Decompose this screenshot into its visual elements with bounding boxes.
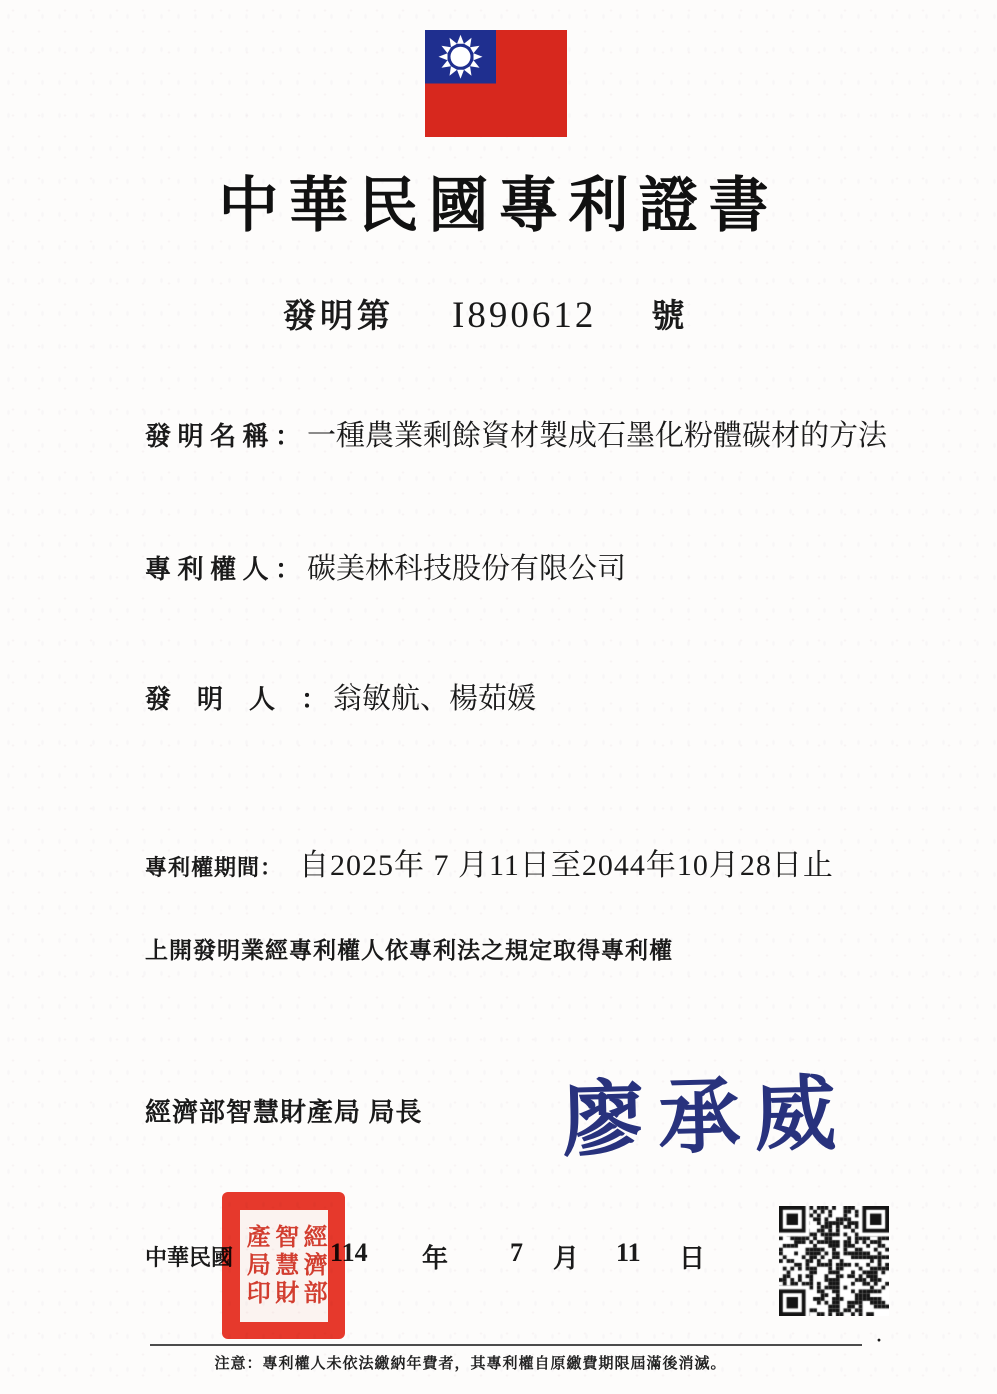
invention-name-value: 一種農業剩餘資材製成石墨化粉體碳材的方法 [307,413,887,454]
director-signature: 廖承威 [561,1048,852,1172]
legal-statement: 上開發明業經專利權人依專利法之規定取得專利權 [145,932,673,965]
date-year-unit: 年 [422,1238,448,1275]
seal-column-2: 智慧財 [270,1224,296,1308]
seal-column-3: 產局印 [242,1224,268,1308]
date-day: 11 [616,1238,641,1268]
invention-name-label: 發 明 名 稱 ： [145,416,301,453]
footer-note: 注意：專利權人未依法繳納年費者，其專利權自原繳費期限屆滿後消滅。 [0,1352,941,1373]
inventor-label: 發 明 人 ： [145,679,327,716]
invention-name-row: 發 明 名 稱 ： 一種農業剩餘資材製成石墨化粉體碳材的方法 [145,413,887,454]
footer-rule [150,1344,862,1346]
footer-rule-mark: · [876,1330,882,1351]
roc-flag-icon [425,30,567,137]
patentee-value: 碳美林科技股份有限公司 [307,546,626,587]
issuer-title: 經濟部智慧財產局 局長 [145,1092,423,1129]
inventor-value: 翁敏航、楊茹媛 [333,676,536,717]
date-month-unit: 月 [553,1238,579,1275]
patentee-row: 專 利 權 人 ： 碳美林科技股份有限公司 [145,546,626,587]
patent-number-suffix: 號 [651,290,684,337]
patent-term-row: 專利權期間： 自2025年 7 月11日至2044年10月28日止 [145,840,834,884]
official-seal: 經濟部 智慧財 產局印 [222,1192,345,1339]
qr-code [779,1206,889,1316]
patent-term-value: 自2025年 7 月11日至2044年10月28日止 [299,840,834,884]
date-day-unit: 日 [679,1238,705,1275]
patent-number-line: 發明第 I890612 號 [283,290,684,337]
official-seal-text: 經濟部 智慧財 產局印 [240,1210,328,1322]
patent-term-label: 專利權期間： [145,851,283,882]
patent-certificate-page: 中華民國專利證書 發明第 I890612 號 發 明 名 稱 ： 一種農業剩餘資… [0,0,997,1394]
patentee-label: 專 利 權 人 ： [145,549,301,586]
date-era: 中華民國 [145,1241,233,1272]
patent-number: I890612 [452,294,596,337]
certificate-title: 中華民國專利證書 [0,158,997,244]
inventor-row: 發 明 人 ： 翁敏航、楊茹媛 [145,676,536,717]
patent-number-prefix: 發明第 [283,290,394,337]
date-month: 7 [510,1238,523,1268]
seal-column-1: 經濟部 [299,1224,325,1308]
